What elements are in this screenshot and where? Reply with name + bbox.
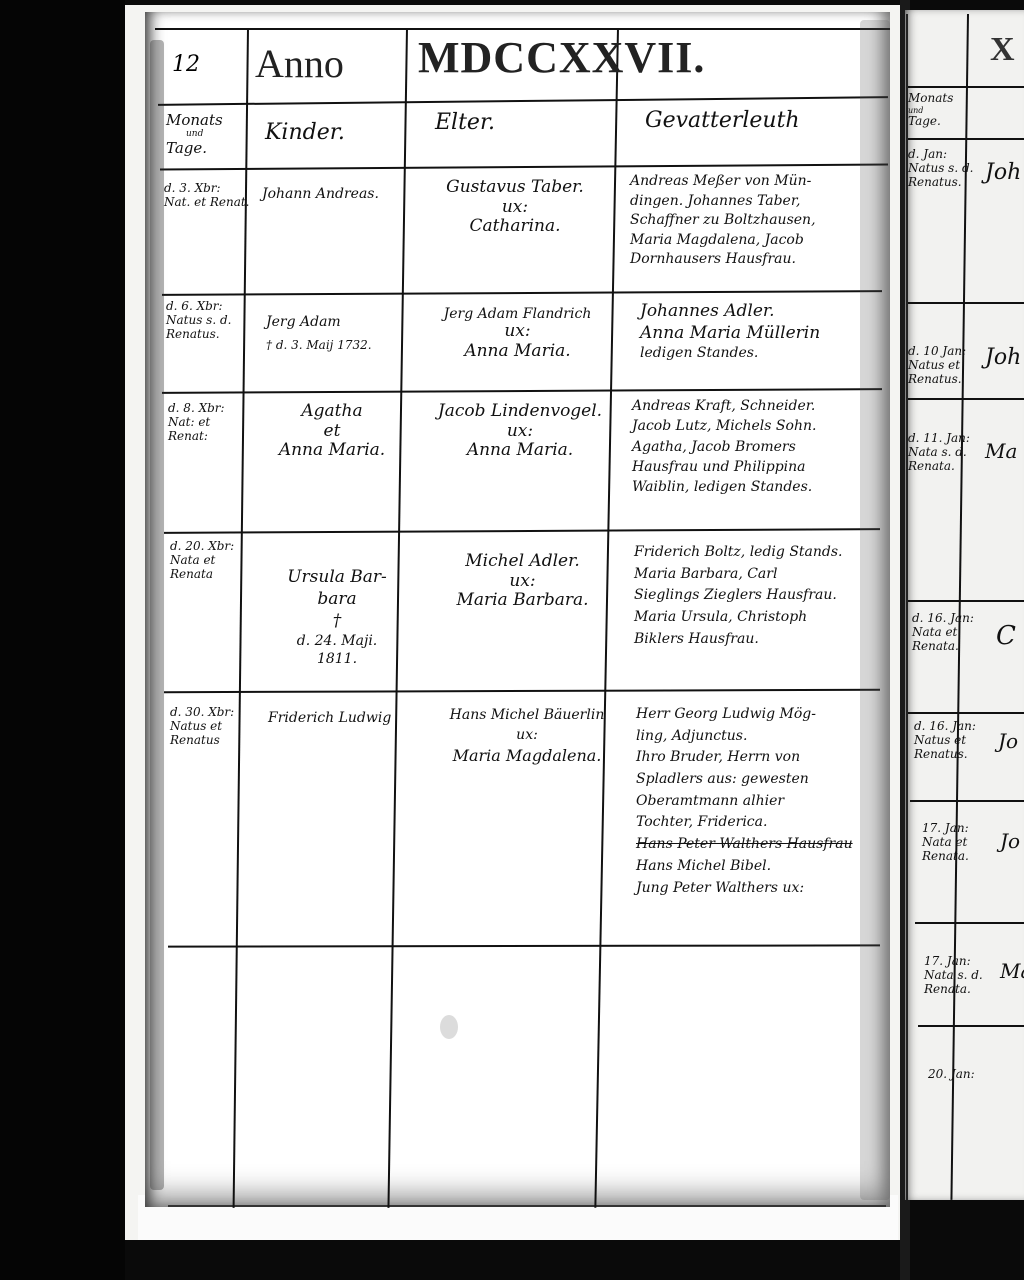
entry-child: Ursula Bar- bara † d. 24. Maji. 1811. <box>262 566 412 669</box>
entry-child: Jerg Adam † d. 3. Maij 1732. <box>266 310 372 357</box>
grid-line <box>906 398 1024 400</box>
scan-border-left <box>0 0 125 1280</box>
entry-date: d. 6. Xbr: Natus s. d. Renatus. <box>166 300 231 341</box>
grid-line <box>915 922 1024 924</box>
entry-date: d. 3. Xbr: Nat. et Renat. <box>164 182 250 210</box>
entry-godparents: Andreas Kraft, Schneider. Jacob Lutz, Mi… <box>632 396 882 497</box>
stain <box>150 40 164 1190</box>
adjacent-entry-child: Jo <box>998 730 1018 753</box>
entry-godparents: Andreas Meßer von Mün- dingen. Johannes … <box>630 172 880 270</box>
grid-line <box>918 1025 1024 1027</box>
adjacent-entry-date: d. 16. Jan: Nata et Renata. <box>912 612 974 653</box>
adjacent-entry-date: d. 16. Jan: Natus et Renatus. <box>914 720 976 761</box>
adjacent-entry-child: Ma <box>985 440 1017 463</box>
header-date: Monats und Tage. <box>166 112 223 157</box>
entry-parents: Hans Michel Bäuerlin ux: Maria Magdalena… <box>422 706 632 768</box>
adjacent-entry-date: 17. Jan: Nata s. d. Renata. <box>924 955 983 996</box>
grid-line <box>906 712 1024 714</box>
header-parents: Elter. <box>435 110 495 135</box>
adjacent-entry-child: Joh <box>985 160 1021 185</box>
grid-line <box>906 14 908 1200</box>
adjacent-entry-child: Jo <box>1000 830 1020 853</box>
adjacent-entry-date: d. 11. Jan: Nata s. d. Renata. <box>908 432 970 473</box>
entry-parents: Gustavus Taber. ux: Catharina. <box>415 178 615 237</box>
entry-date: d. 20. Xbr: Nata et Renata <box>170 540 234 581</box>
adjacent-page-header: X <box>990 30 1015 69</box>
adjacent-column-header: Monats und Tage. <box>908 92 953 129</box>
grid-line <box>906 600 1024 602</box>
entry-date: d. 8. Xbr: Nat: et Renat: <box>168 402 225 443</box>
title-year: MDCCXXVII. <box>418 32 705 83</box>
stain <box>440 1015 458 1039</box>
entry-child: Johann Andreas. <box>262 186 379 202</box>
stain <box>860 20 890 1200</box>
grid-line <box>155 28 890 30</box>
adjacent-entry-date: 17. Jan: Nata et Renata. <box>922 822 969 863</box>
entry-godparents: Herr Georg Ludwig Mög- ling, Adjunctus. … <box>636 704 886 899</box>
adjacent-entry-date: d. 10 Jan: Natus et Renatus. <box>908 345 966 386</box>
entry-date: d. 30. Xbr: Natus et Renatus <box>170 706 234 747</box>
adjacent-entry-child: C <box>996 622 1016 652</box>
adjacent-entry-date: d. Jan: Natus s. d. Renatus. <box>908 148 973 189</box>
entry-parents: Jerg Adam Flandrich ux: Anna Maria. <box>415 306 620 361</box>
adjacent-entry-date: 20. Jan: <box>928 1068 975 1082</box>
entry-child: Friderich Ludwig <box>268 710 391 726</box>
grid-line <box>168 1205 886 1207</box>
header-godparents: Gevatterleuth <box>645 108 800 133</box>
entry-child: Agatha et Anna Maria. <box>262 402 402 461</box>
grid-line <box>910 800 1024 802</box>
entry-parents: Jacob Lindenvogel. ux: Anna Maria. <box>420 402 620 461</box>
entry-parents: Michel Adler. ux: Maria Barbara. <box>420 552 625 611</box>
adjacent-entry-child: Ma <box>1000 960 1024 983</box>
page-number: 12 <box>172 52 200 77</box>
title-anno: Anno <box>255 40 344 87</box>
grid-line <box>906 302 1024 304</box>
header-children: Kinder. <box>265 120 345 145</box>
entry-godparents: Johannes Adler. Anna Maria Müllerin ledi… <box>640 300 880 362</box>
entry-godparents: Friderich Boltz, ledig Stands. Maria Bar… <box>634 542 884 650</box>
adjacent-entry-child: Joh <box>985 345 1021 370</box>
